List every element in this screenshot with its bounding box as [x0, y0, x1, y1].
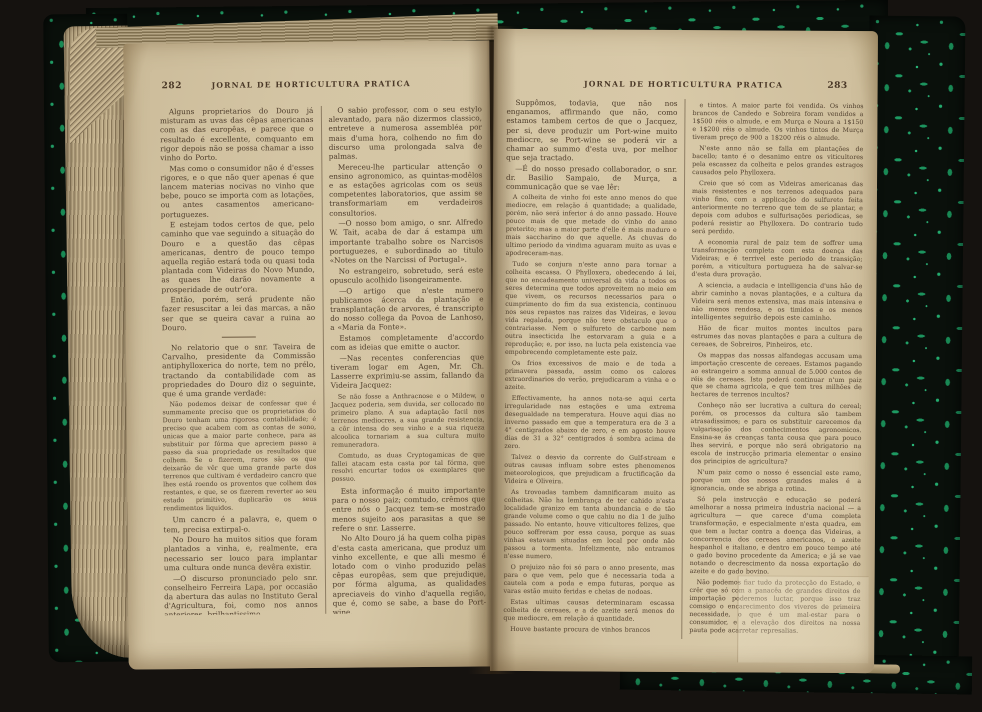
- paragraph: No Alto Douro já ha quem colha pipas d'e…: [332, 533, 486, 615]
- right-page-header: JORNAL DE HORTICULTURA PRATICA 283: [520, 79, 848, 91]
- paragraph: Um cancro é a palavra, e, quem o tem, pr…: [163, 514, 317, 534]
- paragraph: As trovoadas tambem damnificaram muito a…: [504, 489, 675, 562]
- paragraph: A sciencia, a audacia e intelligencia d'…: [691, 282, 862, 323]
- right-page-number: 283: [798, 81, 848, 91]
- paragraph: Não podemos deixar de confessar que é su…: [162, 400, 316, 513]
- paragraph: Esta informação é muito importante para …: [332, 485, 486, 532]
- paragraph: Estas ultimas causas determinaram escass…: [503, 599, 674, 624]
- paragraph: Estamos completamente d'accordo com as i…: [330, 332, 484, 352]
- left-running-title: JORNAL DE HORTICULTURA PRATICA: [212, 79, 411, 90]
- paragraph: Os frios excessivos de maio e de toda a …: [505, 360, 676, 393]
- left-page-column-2: O sabio professor, com o seu estylo alev…: [320, 104, 486, 613]
- left-page-column-1: Alguns proprietarios do Douro já mistura…: [160, 106, 325, 615]
- right-running-title: JORNAL DE HORTICULTURA PRATICA: [570, 79, 798, 89]
- paragraph: O sabio professor, com o seu estylo alev…: [328, 104, 482, 160]
- paragraph: No estrangeiro, sobretudo, será este opu…: [330, 265, 484, 285]
- paragraph: e tintos. A maior parte foi vendida. Os …: [692, 102, 863, 143]
- paragraph: A economia rural de paiz tem de soffrer …: [691, 239, 862, 280]
- paragraph: —O discurso pronunciado pelo snr. consel…: [164, 572, 318, 615]
- paragraph: N'um paiz como o nosso é essencial este …: [690, 469, 861, 494]
- paragraph: N'este anno não se falla em plantações d…: [692, 145, 863, 178]
- paragraph: —O artigo que n'este numero publicamos á…: [330, 285, 484, 332]
- paragraph: Houve bastante procura de vinhos brancos: [503, 625, 674, 634]
- paragraph: No Douro ha muitos sitios que foram plan…: [164, 534, 318, 572]
- paragraph: Mereceu-lhe particular attenção o ensino…: [329, 161, 483, 217]
- right-page-column-2: e tintos. A maior parte foi vendida. Os …: [681, 99, 863, 640]
- section-divider: [222, 336, 256, 337]
- left-page-header: 282 JORNAL DE HORTICULTURA PRATICA: [162, 79, 460, 92]
- paragraph: Então, porém, será prudente não fazer re…: [161, 294, 315, 332]
- paragraph: Só pela instrucção e educação se poderá …: [690, 496, 861, 577]
- paragraph: Mas como o consumidor não é d'esses rigo…: [160, 163, 314, 219]
- book-cover-right-edge: [863, 16, 966, 685]
- paragraph: Alguns proprietarios do Douro já mistura…: [160, 106, 314, 162]
- right-page: JORNAL DE HORTICULTURA PRATICA 283 Suppô…: [490, 29, 878, 673]
- paragraph: Comtudo, as duas Cryptogamicas de que fa…: [331, 451, 485, 484]
- paragraph: Tudo se conjura n'este anno para tornar …: [505, 261, 677, 358]
- photo-background: 282 JORNAL DE HORTICULTURA PRATICA Algun…: [0, 0, 982, 712]
- right-page-columns: Suppômos, todavia, que não nos enganamos…: [503, 98, 863, 640]
- left-page-columns: Alguns proprietarios do Douro já mistura…: [160, 104, 486, 615]
- paragraph: —É do nosso presado collaborador, o snr.…: [506, 164, 677, 193]
- paragraph: —O nosso bom amigo, o snr. Alfredo W. Ta…: [329, 218, 483, 265]
- paragraph: Se não fosse a Anthracnose e o Mildew, o…: [331, 392, 485, 449]
- paragraph: E estejam todos certos de que, pelo cami…: [161, 219, 315, 294]
- paragraph: Hão de ficar muitos montes incultos para…: [691, 325, 862, 350]
- page-corner-underlay: [737, 575, 869, 663]
- paragraph: No relatorio que o snr. Taveira de Carva…: [162, 342, 316, 398]
- paragraph: Suppômos, todavia, que não nos enganamos…: [506, 98, 677, 163]
- paragraph: Effectivamente, ha annos nota-se aqui ce…: [504, 395, 675, 452]
- right-page-column-1: Suppômos, todavia, que não nos enganamos…: [503, 98, 684, 639]
- paragraph: —Nas recentes conferencias que tiveram l…: [330, 352, 484, 390]
- paragraph: A colheita de vinho foi este anno menos …: [506, 194, 677, 259]
- paragraph: O prejuizo não foi só para o anno presen…: [504, 564, 675, 597]
- paragraph: Creio que só com as Videiras americanas …: [692, 180, 863, 237]
- paragraph: Conheço não ser lucrativa a cultura do c…: [690, 402, 861, 467]
- left-page-number: 282: [162, 81, 212, 91]
- left-page: 282 JORNAL DE HORTICULTURA PRATICA Algun…: [123, 40, 494, 669]
- paragraph: Os mappas das nossas alfandegas accusam …: [691, 352, 862, 401]
- paragraph: Talvez o desvio da corrente do Gulf-stre…: [504, 454, 675, 487]
